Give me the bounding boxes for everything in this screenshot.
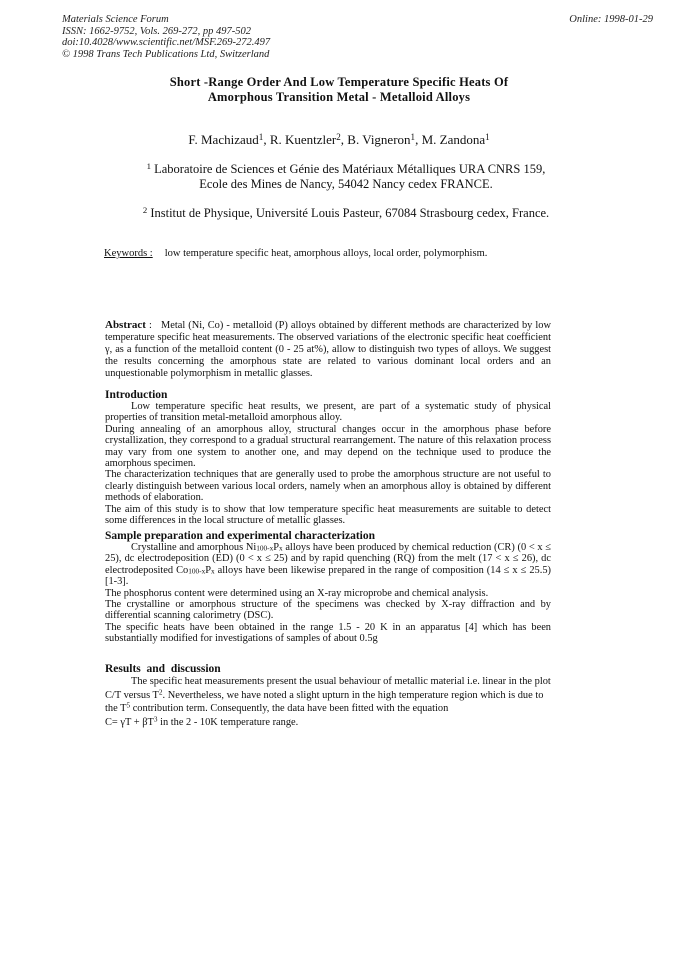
keywords-label: Keywords : <box>104 248 153 259</box>
author: F. Machizaud <box>188 132 258 147</box>
abstract-separator: : <box>146 320 161 331</box>
paragraph: The crystalline or amorphous structure o… <box>105 599 551 622</box>
section-heading: Results and discussion <box>105 663 551 675</box>
issn-line: ISSN: 1662-9752, Vols. 269-272, pp 497-5… <box>62 26 270 38</box>
author: R. Kuentzler <box>270 132 336 147</box>
paragraph: Crystalline and amorphous Ni100-xPx allo… <box>105 542 551 588</box>
section-sample-preparation: Sample preparation and experimental char… <box>105 530 551 645</box>
affiliation-line: Laboratoire de Sciences et Génie des Mat… <box>154 162 545 176</box>
section-results: Results and discussion The specific heat… <box>105 663 551 729</box>
section-introduction: Introduction Low temperature specific he… <box>105 389 551 526</box>
subscript: 100-x <box>256 545 273 553</box>
title-line-1: Short -Range Order And Low Temperature S… <box>0 75 678 90</box>
abstract-label: Abstract <box>105 319 146 331</box>
paragraph: The aim of this study is to show that lo… <box>105 504 551 527</box>
abstract-text: Metal (Ni, Co) - metalloid (P) alloys ob… <box>105 320 551 379</box>
keywords: Keywords :low temperature specific heat,… <box>104 248 487 259</box>
abstract: Abstract : Metal (Ni, Co) - metalloid (P… <box>105 319 551 380</box>
text-run: Crystalline and amorphous Ni <box>131 542 256 553</box>
author: B. Vigneron <box>347 132 410 147</box>
affiliation-line: Institut de Physique, Université Louis P… <box>150 206 549 220</box>
paragraph: The characterization techniques that are… <box>105 469 551 503</box>
subscript: 100-x <box>188 568 205 576</box>
paragraph: During annealing of an amorphous alloy, … <box>105 424 551 470</box>
title-line-2: Amorphous Transition Metal - Metalloid A… <box>0 90 678 105</box>
affiliation-number: 1 <box>147 161 151 171</box>
section-heading: Introduction <box>105 389 551 401</box>
journal-name: Materials Science Forum <box>62 14 270 26</box>
equation: C= γT + βT <box>105 717 154 728</box>
paragraph: The specific heat measurements present t… <box>105 675 551 716</box>
text-run: in the 2 - 10K temperature range. <box>157 717 298 728</box>
affiliation-marker: 2 <box>336 132 341 142</box>
doi-line[interactable]: doi:10.4028/www.scientific.net/MSF.269-2… <box>62 37 270 49</box>
equation-line: C= γT + βT3 in the 2 - 10K temperature r… <box>105 716 551 730</box>
author: M. Zandona <box>422 132 486 147</box>
paper-title: Short -Range Order And Low Temperature S… <box>0 75 678 105</box>
journal-header: Materials Science Forum ISSN: 1662-9752,… <box>62 14 270 60</box>
paragraph: The specific heats have been obtained in… <box>105 622 551 645</box>
affiliation-2: 2 Institut de Physique, Université Louis… <box>0 206 678 221</box>
affiliation-marker: 1 <box>259 132 264 142</box>
author-list: F. Machizaud1, R. Kuentzler2, B. Vignero… <box>0 132 678 148</box>
copyright-line: © 1998 Trans Tech Publications Ltd, Swit… <box>62 49 270 61</box>
paragraph: The phosphorus content were determined u… <box>105 588 551 599</box>
affiliation-marker: 1 <box>411 132 416 142</box>
affiliation-marker: 1 <box>485 132 490 142</box>
paragraph: Low temperature specific heat results, w… <box>105 401 551 424</box>
text-run: contribution term. Consequently, the dat… <box>130 703 448 714</box>
affiliation-line: Ecole des Mines de Nancy, 54042 Nancy ce… <box>14 177 678 192</box>
keywords-text: low temperature specific heat, amorphous… <box>165 248 488 259</box>
affiliation-1: 1 Laboratoire de Sciences et Génie des M… <box>0 162 678 192</box>
online-date: Online: 1998-01-29 <box>569 14 653 26</box>
affiliation-number: 2 <box>143 205 147 215</box>
section-heading: Sample preparation and experimental char… <box>105 530 551 542</box>
